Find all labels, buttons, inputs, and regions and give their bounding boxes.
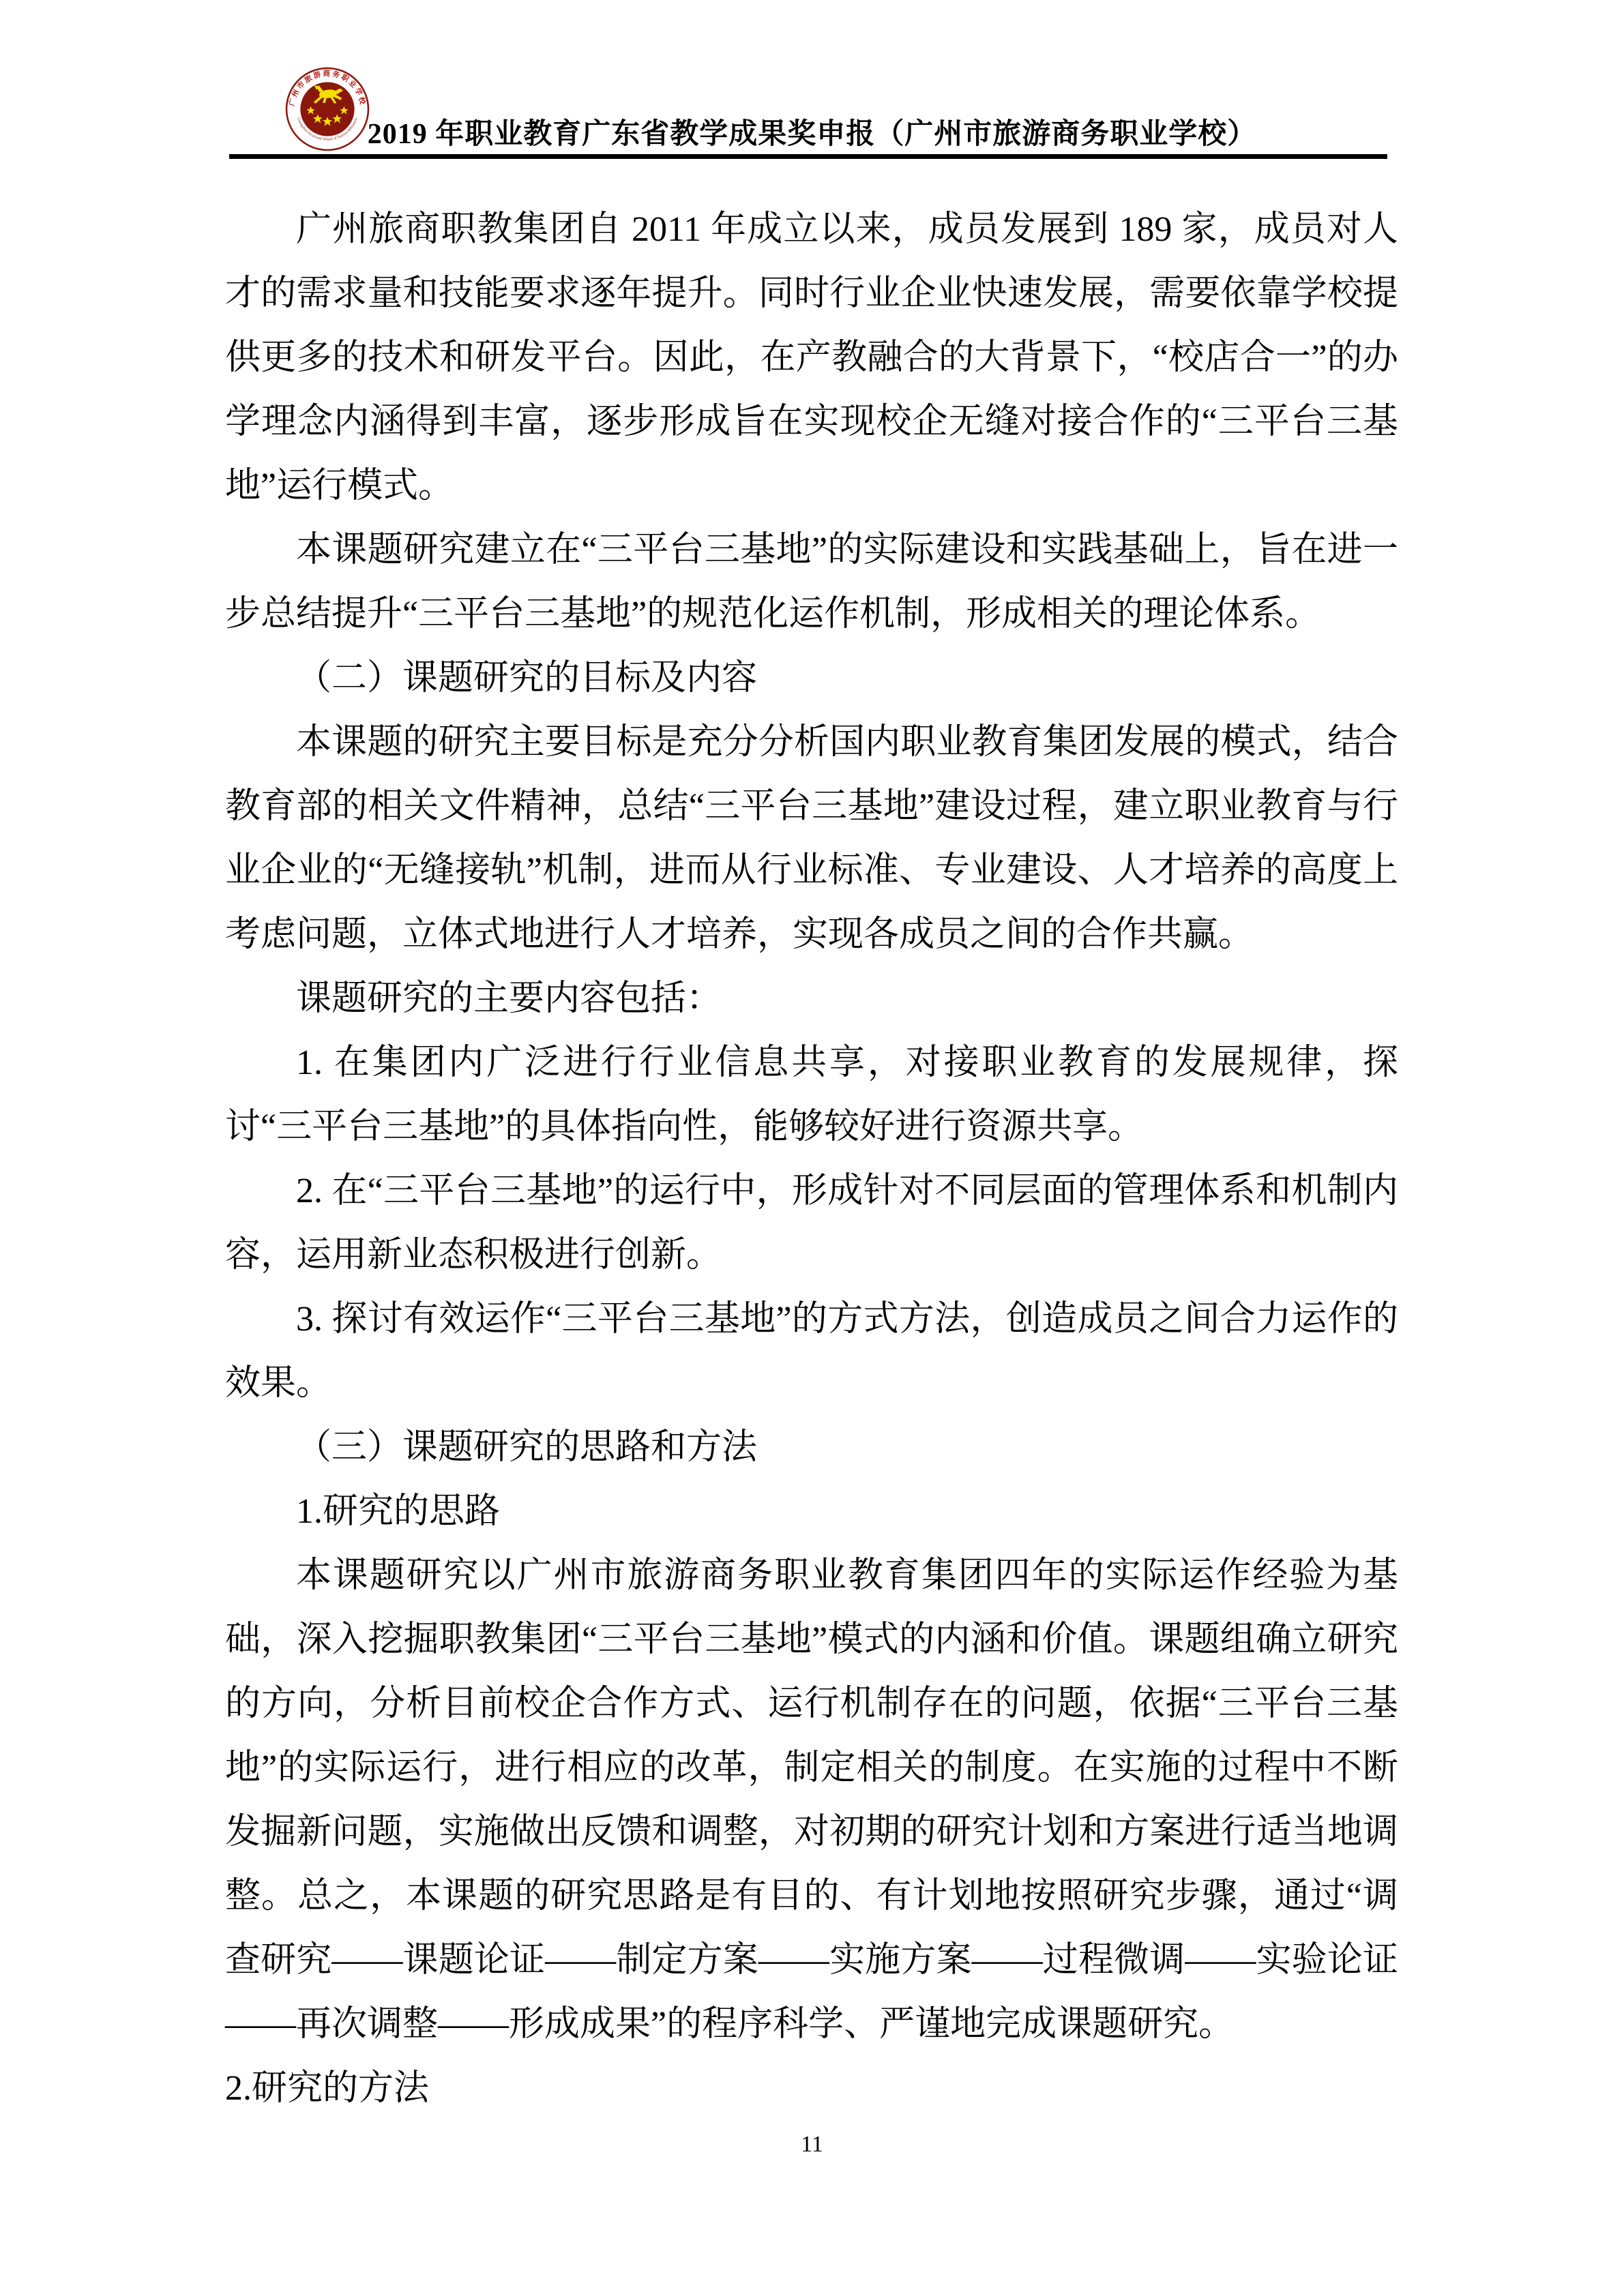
list-item-3: 3. 探讨有效运作“三平台三基地”的方式方法，创造成员之间合力运作的效果。	[225, 1287, 1398, 1416]
section-heading-2: （二）课题研究的目标及内容	[225, 646, 1398, 711]
school-logo: 广州市旅游商务职业学校 Guangzhou Vocational School …	[285, 67, 370, 151]
header-divider	[229, 154, 1387, 159]
school-seal-icon: 广州市旅游商务职业学校 Guangzhou Vocational School …	[285, 67, 370, 151]
sub-heading-1: 1.研究的思路	[225, 1480, 1398, 1544]
sub-heading-2: 2.研究的方法	[225, 2057, 1398, 2121]
section-heading-3: （三）课题研究的思路和方法	[225, 1416, 1398, 1480]
body-paragraph-4: 本课题的研究主要目标是充分分析国内职业教育集团发展的模式，结合教育部的相关文件精…	[225, 711, 1398, 967]
body-paragraph-11: 本课题研究以广州市旅游商务职业教育集团四年的实际运作经验为基础，深入挖掘职教集团…	[225, 1544, 1398, 2057]
body-paragraph-5: 课题研究的主要内容包括：	[225, 967, 1398, 1031]
list-item-1: 1. 在集团内广泛进行行业信息共享，对接职业教育的发展规律，探讨“三平台三基地”…	[225, 1031, 1398, 1159]
page-header-title: 2019 年职业教育广东省教学成果奖申报（广州市旅游商务职业学校）	[368, 111, 1257, 152]
body-paragraph-2: 本课题研究建立在“三平台三基地”的实际建设和实践基础上，旨在进一步总结提升“三平…	[225, 518, 1398, 646]
body-paragraph-1: 广州旅商职教集团自 2011 年成立以来，成员发展到 189 家，成员对人才的需…	[225, 198, 1398, 518]
list-item-2: 2. 在“三平台三基地”的运行中，形成针对不同层面的管理体系和机制内容，运用新业…	[225, 1159, 1398, 1287]
document-page: 广州市旅游商务职业学校 Guangzhou Vocational School …	[0, 0, 1624, 2296]
page-number: 11	[0, 2132, 1624, 2158]
document-body: 广州旅商职教集团自 2011 年成立以来，成员发展到 189 家，成员对人才的需…	[225, 198, 1398, 2121]
